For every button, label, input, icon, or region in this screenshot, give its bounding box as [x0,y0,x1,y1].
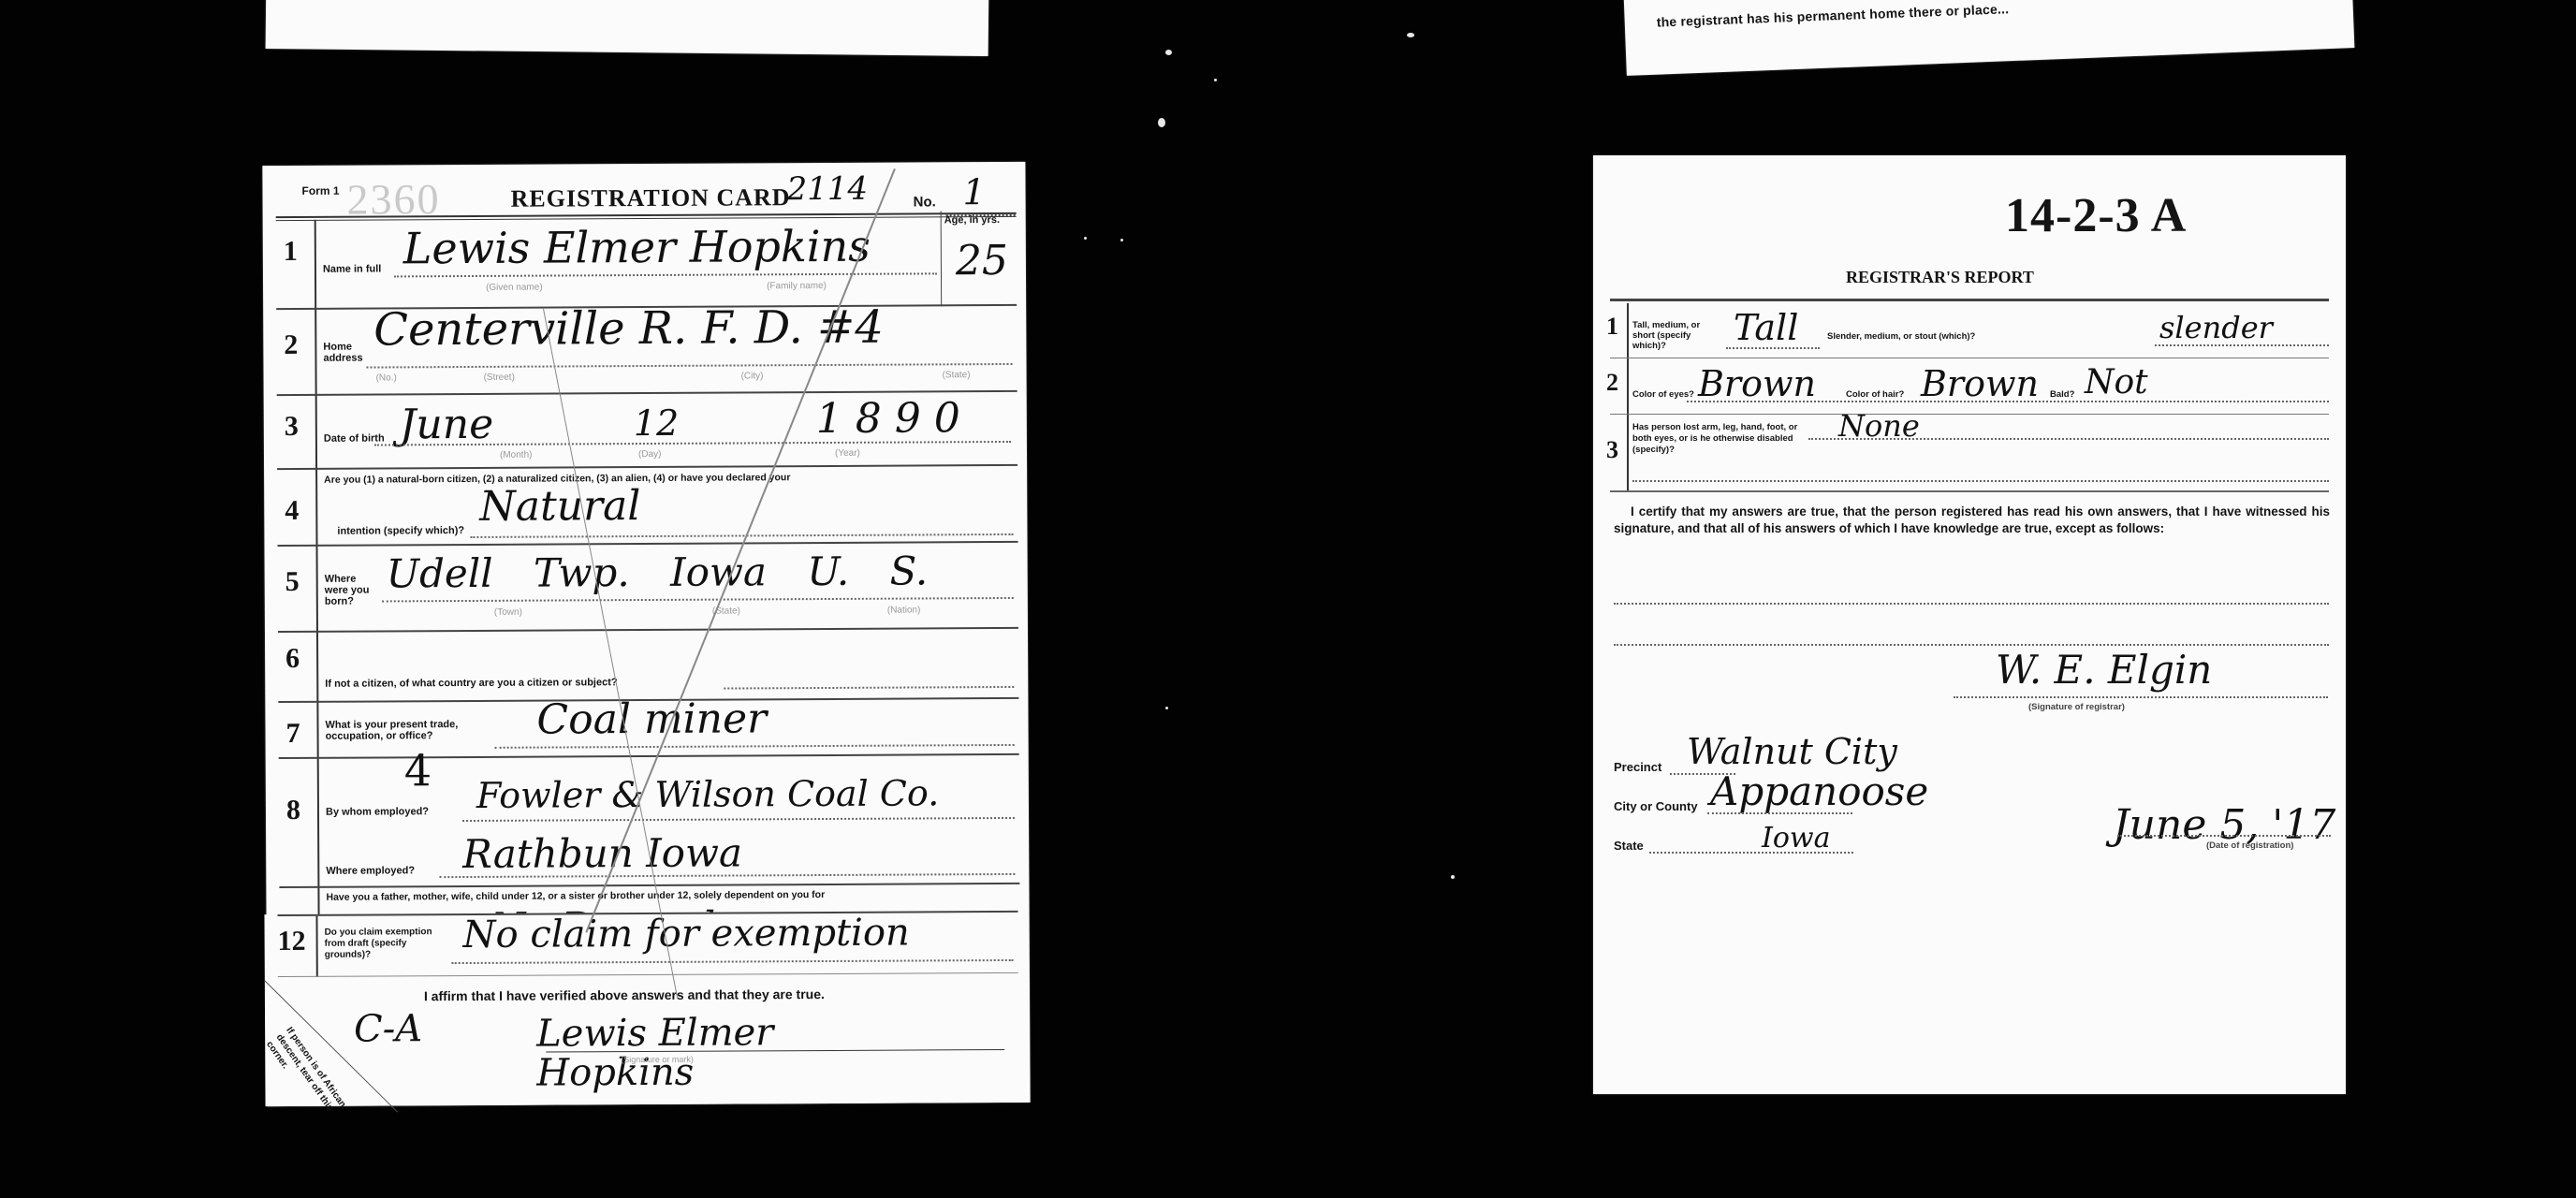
registrar-caption: (Signature of registrar) [2028,702,2125,712]
row-rule [1610,490,2329,492]
county-label: City or County [1614,801,1698,812]
precinct-label: Precinct [1614,762,1661,773]
height-value: Tall [1734,307,1798,348]
corner-mark: C-A [354,1007,422,1050]
height-line [1726,347,1820,349]
row-number: 12 [278,926,306,957]
registrar-signature-line [1954,696,2328,698]
dust-speck [1214,79,1217,81]
registrars-report-card: 14-2-3 A REGISTRAR'S REPORT 1 Tall, medi… [1593,155,2346,1094]
row-rule [1610,358,2329,358]
hair-color-label: Color of hair? [1846,389,1904,401]
report-title: REGISTRAR'S REPORT [1846,268,2034,287]
bald-value: Not [2085,363,2148,402]
height-label: Tall, medium, or short (specify which)? [1632,320,1721,351]
registration-date-line [2117,835,2331,837]
county-value: Appanoose [1710,768,1928,814]
eye-color-value: Brown [1698,363,1816,404]
registration-card-row12: 12 Do you claim exemption from draft (sp… [264,911,1028,1106]
disability-line-2 [1632,480,2329,482]
certification-text: I certify that my answers are true, that… [1614,504,2330,537]
row-divider-vertical [315,916,317,977]
registrant-signature: Lewis Elmer Hopkins [536,1013,798,1092]
exemption-value: No claim for exemption [462,912,909,957]
corner-note: If person is of African descent, tear of… [263,1025,352,1130]
precinct-value: Walnut City [1687,731,1897,772]
row2-line [1687,401,2329,402]
disability-line [1808,438,2329,440]
build-line [2155,344,2329,346]
build-value: slender [2159,310,2273,345]
header-rule [1610,299,2329,301]
dust-speck [1120,239,1123,241]
row-divider-vertical [1627,303,1629,490]
report-code: 14-2-3 A [2005,188,2187,243]
state-label: State [1614,840,1644,852]
dust-speck [1451,875,1455,879]
dust-speck [1165,50,1172,55]
exception-line-2 [1614,644,2329,646]
dust-speck [1158,118,1165,127]
registrar-signature: W. E. Elgin [1996,647,2212,693]
county-line [1707,812,1852,814]
row-number: 2 [1606,369,1618,397]
eye-color-label: Color of eyes? [1632,389,1694,401]
affirmation-text: I affirm that I have verified above answ… [424,986,825,1003]
bald-label: Bald? [2050,389,2074,401]
row-number: 3 [1606,436,1618,464]
exception-line-1 [1614,603,2329,605]
row-rule [1610,414,2329,415]
build-label: Slender, medium, or stout (which)? [1827,331,1975,343]
signature-caption: (Signature or mark) [621,1055,694,1064]
row-number: 1 [1606,313,1618,341]
date-caption: (Date of registration) [2206,840,2293,851]
state-line [1649,852,1853,854]
partial-card-top-left [266,0,989,56]
dust-speck [1165,707,1168,709]
partial-card-top-right: the registrant has his permanent home th… [1624,0,2355,76]
state-value: Iowa [1762,822,1830,855]
row-rule [278,972,1018,977]
partial-card-text: the registrant has his permanent home th… [1656,1,2009,29]
hair-color-value: Brown [1921,363,2039,404]
disability-label: Has person lost arm, leg, hand, foot, or… [1632,422,1810,456]
exemption-line [452,959,1014,964]
dust-speck [1084,237,1087,240]
exemption-label: Do you claim exemption from draft (speci… [325,927,451,961]
dust-speck [1407,33,1414,37]
